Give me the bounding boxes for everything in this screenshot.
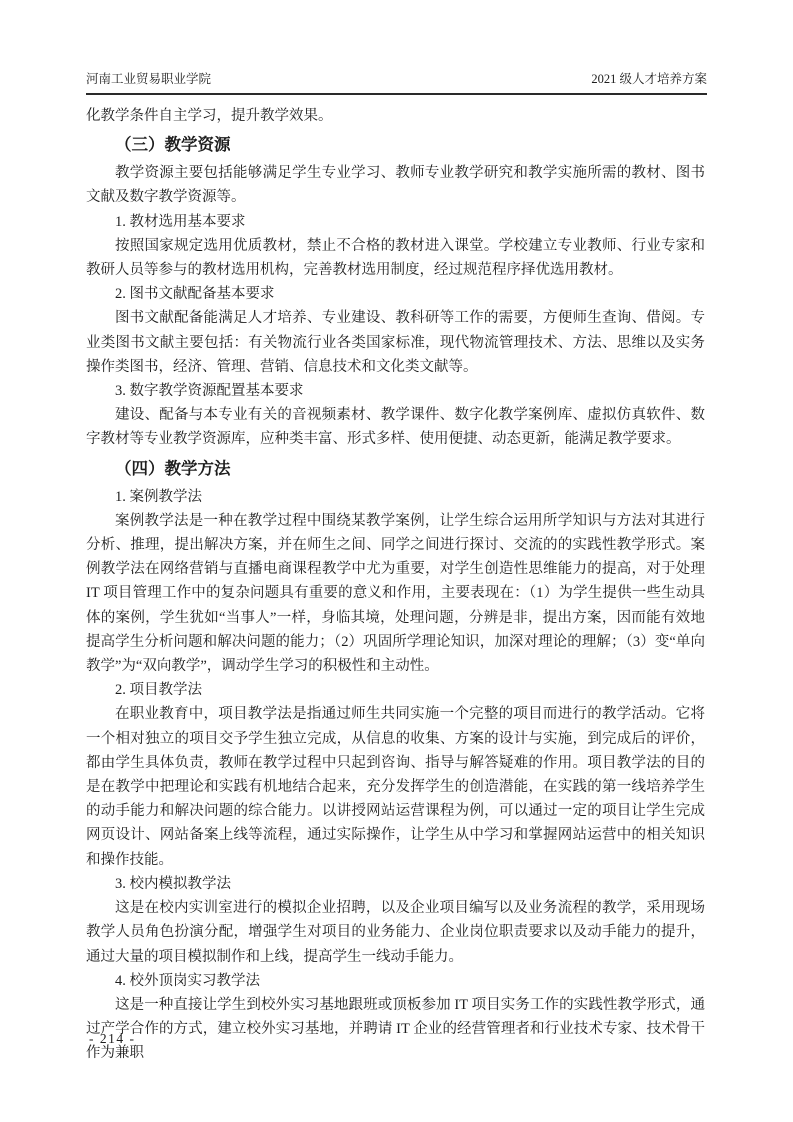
numbered-subheading: 3. 校内模拟教学法 [86, 872, 705, 896]
numbered-subheading: 1. 教材选用基本要求 [86, 210, 705, 234]
numbered-subheading: 1. 案例教学法 [86, 485, 705, 509]
body-paragraph: 这是一种直接让学生到校外实习基地跟班或顶板参加 IT 项目实务工作的实践性教学形… [86, 993, 705, 1066]
body-paragraph: 在职业教育中，项目教学法是指通过师生共同实施一个完整的项目而进行的教学活动。它将… [86, 702, 705, 871]
numbered-subheading: 2. 图书文献配备基本要求 [86, 282, 705, 306]
section-heading: （三）教学资源 [86, 131, 705, 159]
page-header: 河南工业贸易职业学院 2021 级人才培养方案 [86, 72, 707, 95]
body-paragraph: 建设、配备与本专业有关的音视频素材、教学课件、数字化教学案例库、虚拟仿真软件、数… [86, 403, 705, 451]
header-school-name: 河南工业贸易职业学院 [86, 72, 211, 87]
numbered-subheading: 3. 数字教学资源配置基本要求 [86, 379, 705, 403]
section-heading: （四）教学方法 [86, 455, 705, 483]
continuation-paragraph: 化教学条件自主学习，提升教学效果。 [86, 104, 705, 128]
body-paragraph: 教学资源主要包括能够满足学生专业学习、教师专业教学研究和教学实施所需的教材、图书… [86, 161, 705, 209]
document-body: 化教学条件自主学习，提升教学效果。 （三）教学资源 教学资源主要包括能够满足学生… [86, 104, 705, 1066]
body-paragraph: 图书文献配备能满足人才培养、专业建设、教科研等工作的需要，方便师生查询、借阅。专… [86, 306, 705, 379]
page-number: - 214 - [89, 1031, 136, 1047]
body-paragraph: 按照国家规定选用优质教材，禁止不合格的教材进入课堂。学校建立专业教师、行业专家和… [86, 234, 705, 282]
header-document-title: 2021 级人才培养方案 [591, 72, 707, 87]
body-paragraph: 这是在校内实训室进行的模拟企业招聘，以及企业项目编写以及业务流程的教学，采用现场… [86, 896, 705, 969]
numbered-subheading: 2. 项目教学法 [86, 678, 705, 702]
numbered-subheading: 4. 校外顶岗实习教学法 [86, 969, 705, 993]
document-page: 河南工业贸易职业学院 2021 级人才培养方案 化教学条件自主学习，提升教学效果… [0, 0, 793, 1122]
body-paragraph: 案例教学法是一种在教学过程中围绕某教学案例，让学生综合运用所学知识与方法对其进行… [86, 509, 705, 678]
